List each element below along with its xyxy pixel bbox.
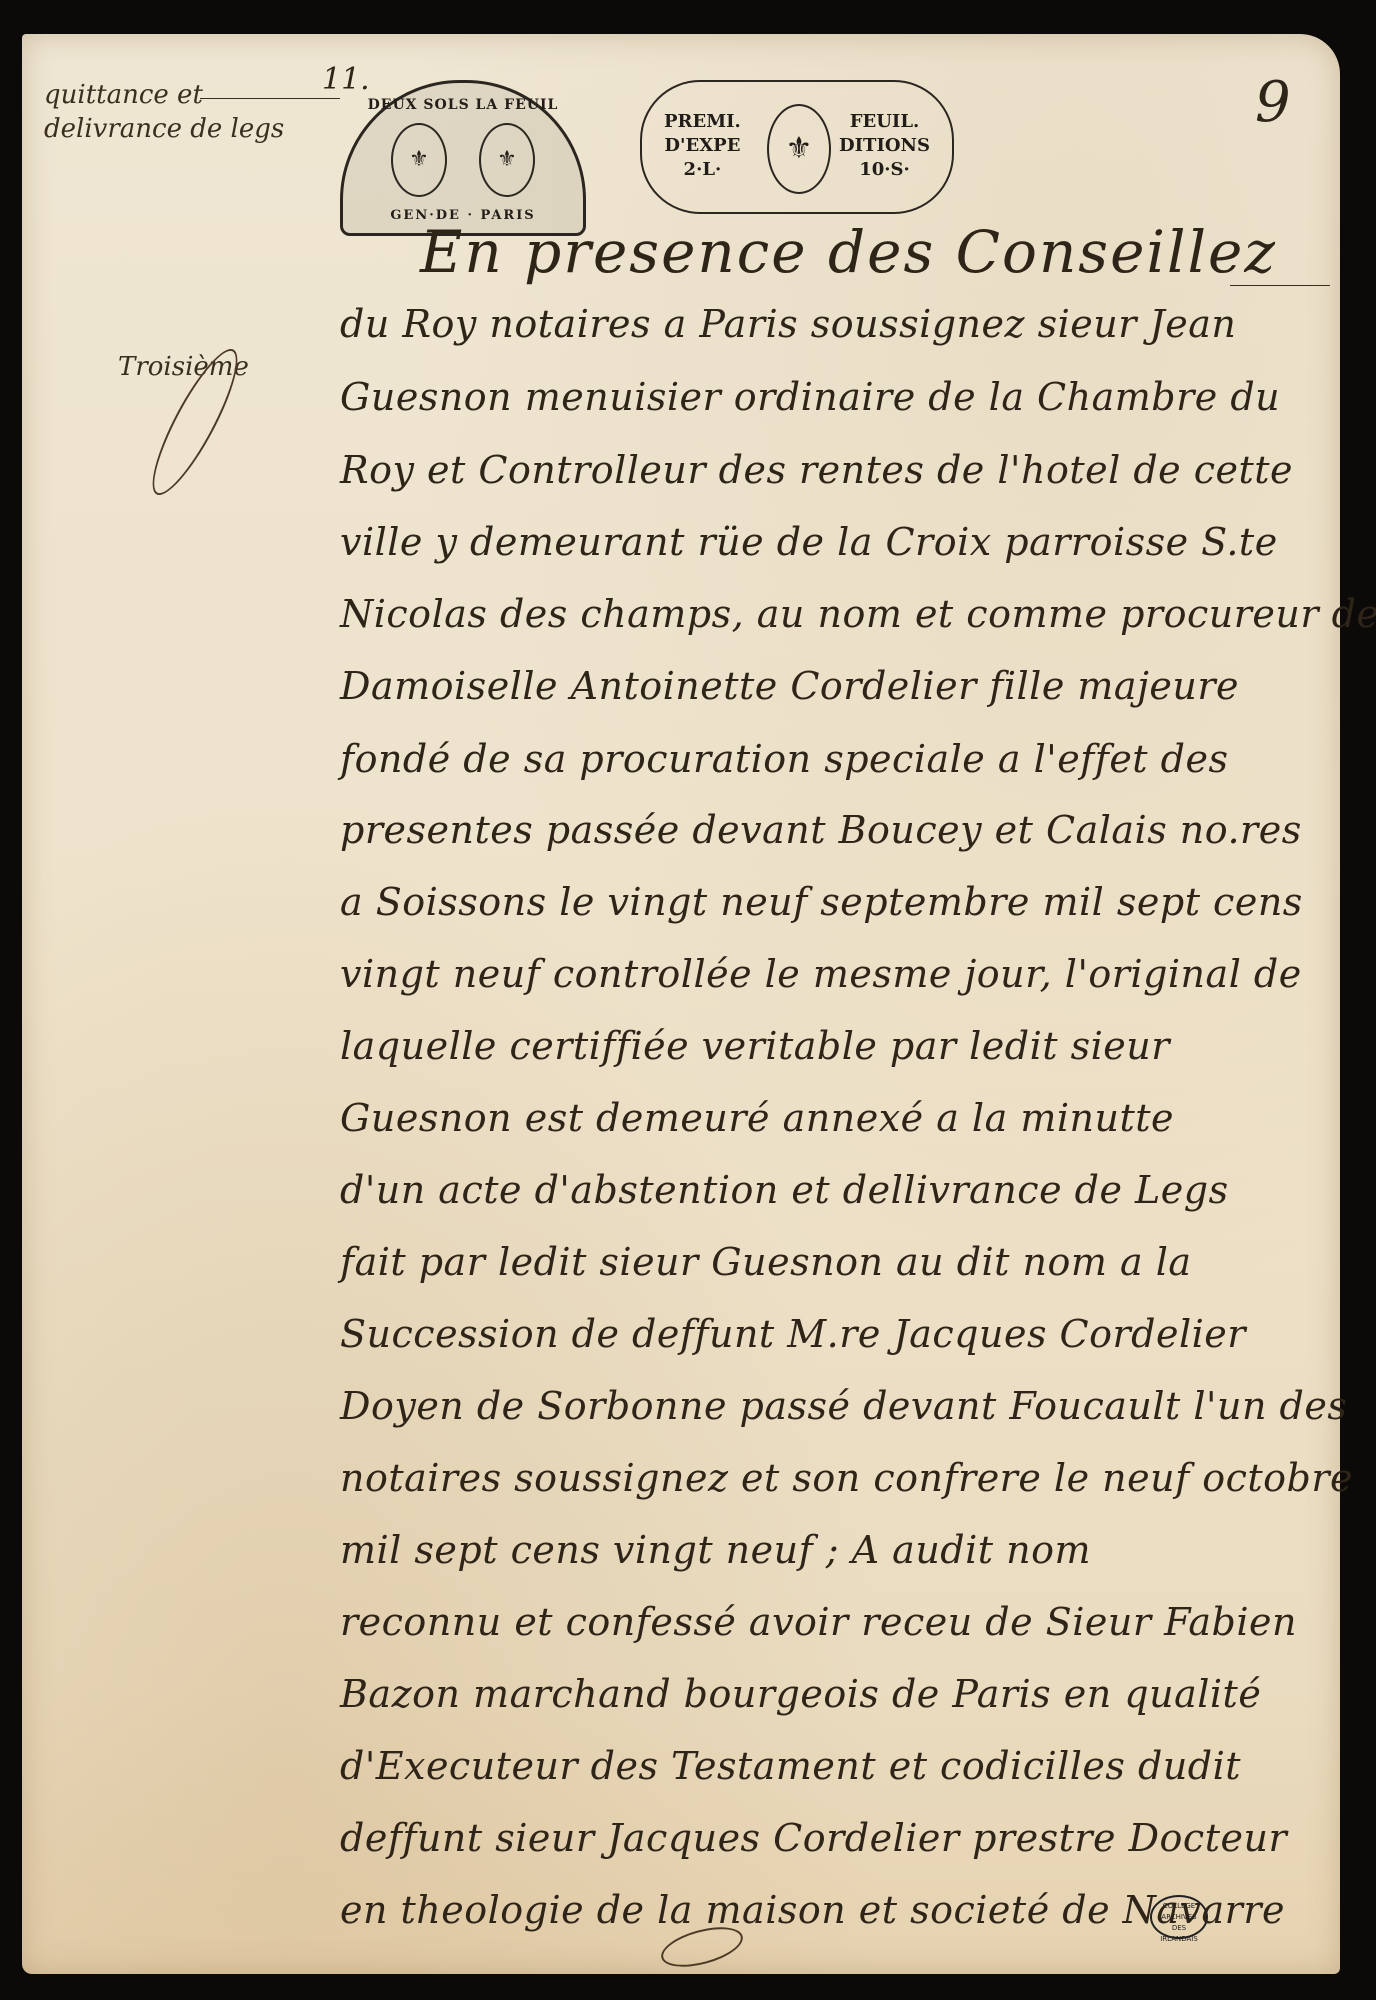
- text-line: du Roy notaires a Paris soussignez sieur…: [340, 302, 1236, 346]
- text-line: reconnu et confessé avoir receu de Sieur…: [340, 1600, 1297, 1644]
- text-line: vingt neuf controllée le mesme jour, l'o…: [340, 952, 1302, 996]
- text-line: Roy et Controlleur des rentes de l'hotel…: [340, 448, 1293, 492]
- text-line: laquelle certiffiée veritable par ledit …: [340, 1024, 1170, 1068]
- text-line: deffunt sieur Jacques Cordelier prestre …: [340, 1816, 1287, 1860]
- fleur-de-lis-icon: ⚜: [767, 104, 831, 194]
- text-line: Succession de deffunt M.re Jacques Corde…: [340, 1312, 1246, 1356]
- margin-note-title: quittance et delivrance de legs: [44, 78, 284, 146]
- document-heading: En presence des Conseillez: [420, 218, 1277, 286]
- text-line: Bazon marchand bourgeois de Paris en qua…: [340, 1672, 1261, 1716]
- text-line: Damoiselle Antoinette Cordelier fille ma…: [340, 664, 1239, 708]
- expeditions-tax-stamp: PREMI. D'EXPE 2·L· ⚜ FEUIL. DITIONS 10·S…: [640, 80, 954, 214]
- stamp-left-text: PREMI. D'EXPE 2·L·: [664, 110, 741, 182]
- text-line: fondé de sa procuration speciale a l'eff…: [340, 737, 1228, 781]
- page-number: 9: [1255, 70, 1291, 135]
- text-line: Guesnon est demeuré annexé a la minutte: [340, 1096, 1174, 1140]
- generalite-tax-stamp: DEUX SOLS LA FEUIL ⚜ ⚜ GEN·DE · PARIS: [340, 80, 586, 236]
- archive-stamp: COLLEGE ARCHIVES DES IRLANDAIS: [1150, 1895, 1208, 1939]
- text-line: fait par ledit sieur Guesnon au dit nom …: [340, 1240, 1192, 1284]
- margin-note-line: quittance et: [44, 78, 284, 112]
- text-line: Doyen de Sorbonne passé devant Foucault …: [340, 1384, 1347, 1428]
- line-filler: [1230, 285, 1330, 286]
- text-line: en theologie de la maison et societé de …: [340, 1888, 1285, 1932]
- text-line: a Soissons le vingt neuf septembre mil s…: [340, 880, 1303, 924]
- text-line: presentes passée devant Boucey et Calais…: [340, 808, 1302, 852]
- stamp-top-text: DEUX SOLS LA FEUIL: [343, 97, 583, 113]
- fleur-de-lis-icon: ⚜: [479, 123, 535, 197]
- text-line: d'un acte d'abstention et dellivrance de…: [340, 1168, 1229, 1212]
- fleur-de-lis-icon: ⚜: [391, 123, 447, 197]
- text-line: notaires soussignez et son confrere le n…: [340, 1456, 1353, 1500]
- folio-number: 11.: [322, 62, 370, 97]
- text-line: Guesnon menuisier ordinaire de la Chambr…: [340, 375, 1280, 419]
- stamp-right-text: FEUIL. DITIONS 10·S·: [839, 110, 930, 182]
- margin-rule: [200, 98, 340, 99]
- text-line: mil sept cens vingt neuf ; A audit nom: [340, 1528, 1091, 1572]
- text-line: d'Executeur des Testament et codicilles …: [340, 1744, 1241, 1788]
- text-line: Nicolas des champs, au nom et comme proc…: [340, 592, 1376, 636]
- margin-note-line: delivrance de legs: [44, 112, 284, 146]
- text-line: ville y demeurant rüe de la Croix parroi…: [340, 520, 1278, 564]
